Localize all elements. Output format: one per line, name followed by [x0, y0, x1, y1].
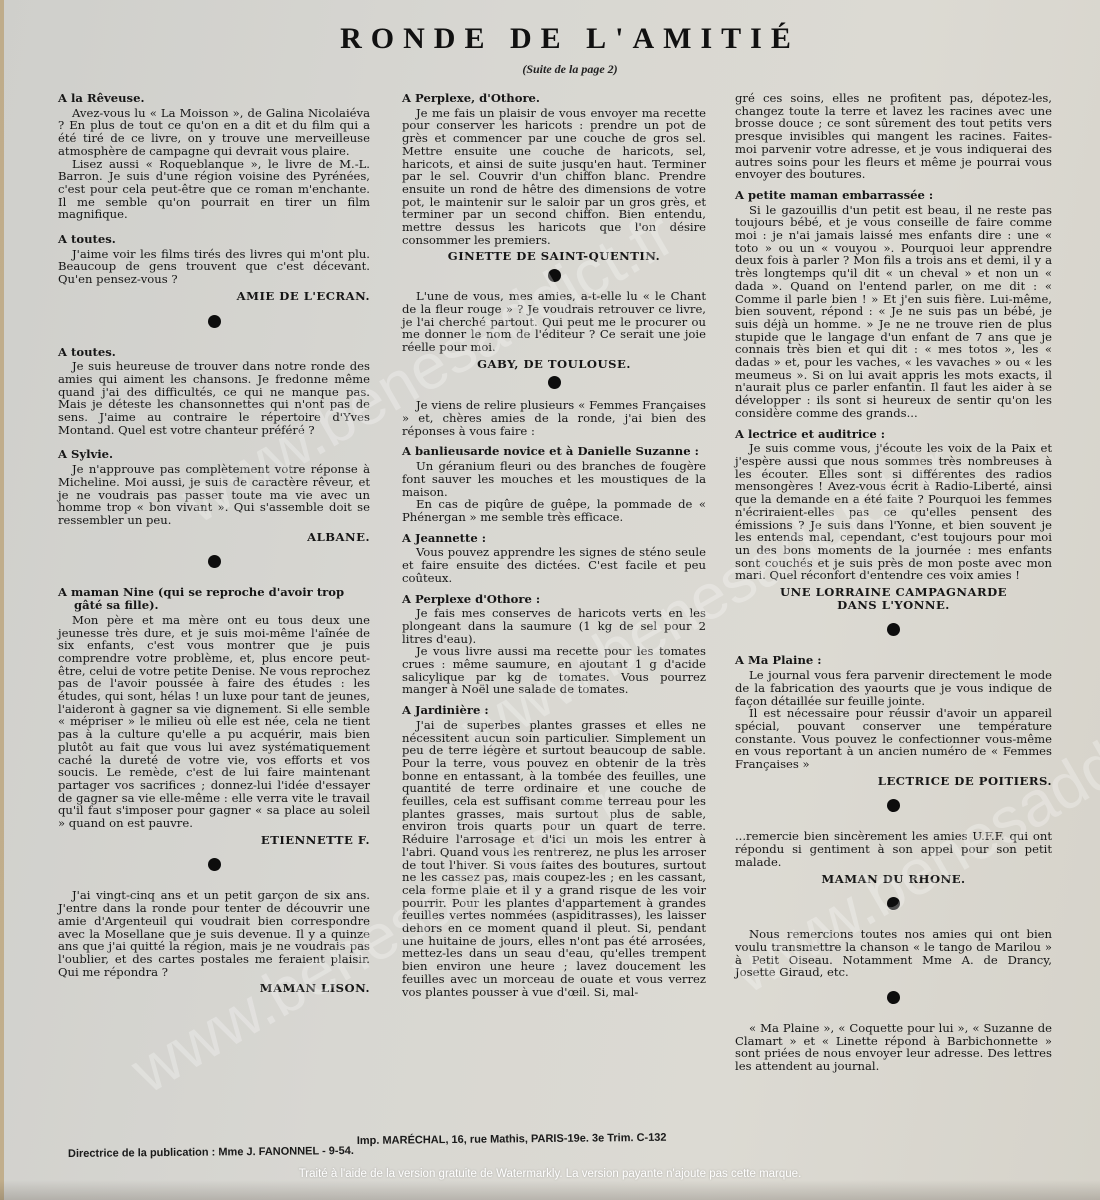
- letter-paragraph: L'une de vous, mes amies, a-t-elle lu « …: [402, 290, 706, 354]
- letter-signature: MAMAN LISON.: [58, 982, 370, 995]
- separator-dot: [887, 991, 900, 1004]
- page-subtitle: (Suite de la page 2): [0, 62, 1100, 77]
- letter-paragraph: Je viens de relire plusieurs « Femmes Fr…: [402, 399, 706, 437]
- letter-paragraph: Je suis heureuse de trouver dans notre r…: [58, 360, 370, 436]
- column-left: A la Rêveuse. Avez-vous lu « La Moisson …: [58, 92, 370, 999]
- letter-heading: A Jeannette :: [402, 532, 706, 545]
- letter-paragraph: Il est nécessaire pour réussir d'avoir u…: [735, 707, 1052, 771]
- separator-dot: [208, 315, 221, 328]
- letter-a-sylvie: A Sylvie. Je n'approuve pas complètement…: [58, 448, 370, 543]
- letter-reponses-multiples: Je viens de relire plusieurs « Femmes Fr…: [402, 399, 706, 998]
- letter-paragraph: Un géranium fleuri ou des branches de fo…: [402, 460, 706, 498]
- column-right: gré ces soins, elles ne profitent pas, d…: [735, 92, 1052, 1073]
- letter-a-ma-plaine: A Ma Plaine : Le journal vous fera parve…: [735, 654, 1052, 787]
- letter-a-perplexe-othore: A Perplexe, d'Othore. Je me fais un plai…: [402, 92, 706, 263]
- separator-dot: [887, 623, 900, 636]
- letter-signature: ALBANE.: [58, 531, 370, 544]
- note-remerciements: Nous remercions toutes nos amies qui ont…: [735, 928, 1052, 979]
- letter-paragraph: Avez-vous lu « La Moisson », de Galina N…: [58, 107, 370, 158]
- letter-paragraph: Lisez aussi « Roqueblanque », le livre d…: [58, 158, 370, 222]
- page-shadow: [0, 1180, 1100, 1200]
- letter-heading: A Jardinière :: [402, 704, 706, 717]
- letter-signature: MAMAN DU RHONE.: [735, 873, 1052, 886]
- letter-signature: GINETTE DE SAINT-QUENTIN.: [402, 250, 706, 263]
- letter-paragraph: J'aime voir les films tirés des livres q…: [58, 248, 370, 286]
- letter-paragraph: gré ces soins, elles ne profitent pas, d…: [735, 92, 1052, 181]
- letter-paragraph: Si le gazouillis d'un petit est beau, il…: [735, 204, 1052, 420]
- letter-paragraph: J'ai de superbes plantes grasses et elle…: [402, 719, 706, 998]
- letter-a-toutes-chansons: A toutes. Je suis heureuse de trouver da…: [58, 346, 370, 437]
- page-edge: [0, 0, 4, 1200]
- imprint-director: Directrice de la publication : Mme J. FA…: [68, 1145, 354, 1160]
- letter-paragraph: Je suis comme vous, j'écoute les voix de…: [735, 442, 1052, 582]
- letter-paragraph: Je fais mes conserves de haricots verts …: [402, 607, 706, 645]
- note-adresses: « Ma Plaine », « Coquette pour lui », « …: [735, 1022, 1052, 1073]
- letter-signature: AMIE DE L'ECRAN.: [58, 290, 370, 303]
- letter-paragraph: Le journal vous fera parvenir directemen…: [735, 669, 1052, 707]
- separator-dot: [208, 555, 221, 568]
- column-middle: A Perplexe, d'Othore. Je me fais un plai…: [402, 92, 706, 998]
- letter-signature: LECTRICE DE POITIERS.: [735, 775, 1052, 788]
- letter-paragraph: En cas de piqûre de guêpe, la pommade de…: [402, 498, 706, 523]
- imprint-footer: Directrice de la publication : Mme J. FA…: [68, 1142, 667, 1160]
- separator-dot: [887, 799, 900, 812]
- letter-heading: A Ma Plaine :: [735, 654, 1052, 667]
- letter-heading: A Perplexe d'Othore :: [402, 593, 706, 606]
- letter-signature: ETIENNETTE F.: [58, 834, 370, 847]
- letter-paragraph: J'ai vingt-cinq ans et un petit garçon d…: [58, 889, 370, 978]
- letter-maman-du-rhone: ...remercie bien sincèrement les amies U…: [735, 830, 1052, 885]
- watermark-notice: Traité à l'aide de la version gratuite d…: [0, 1168, 1100, 1180]
- letter-signature: DANS L'YONNE.: [735, 599, 1052, 612]
- letter-paragraph: Je vous livre aussi ma recette pour les …: [402, 645, 706, 696]
- separator-dot: [548, 376, 561, 389]
- letter-paragraph: Vous pouvez apprendre les signes de stén…: [402, 546, 706, 584]
- letter-gaby-toulouse: L'une de vous, mes amies, a-t-elle lu « …: [402, 290, 706, 370]
- letter-heading: A Sylvie.: [58, 448, 370, 461]
- separator-dot: [887, 897, 900, 910]
- letter-paragraph: Je n'approuve pas complètement votre rép…: [58, 463, 370, 527]
- letter-heading: A toutes.: [58, 346, 370, 359]
- letter-heading: A Perplexe, d'Othore.: [402, 92, 706, 105]
- separator-dot: [548, 269, 561, 282]
- newspaper-page: RONDE DE L'AMITIÉ (Suite de la page 2) A…: [0, 0, 1100, 1200]
- letter-paragraph: Je me fais un plaisir de vous envoyer ma…: [402, 107, 706, 247]
- letter-heading: A petite maman embarrassée :: [735, 189, 1052, 202]
- page-title: RONDE DE L'AMITIÉ: [0, 22, 1100, 56]
- letter-heading: A la Rêveuse.: [58, 92, 370, 105]
- letter-heading: A lectrice et auditrice :: [735, 428, 1052, 441]
- letter-heading: A maman Nine (qui se reproche d'avoir tr…: [58, 586, 370, 611]
- letter-a-maman-nine: A maman Nine (qui se reproche d'avoir tr…: [58, 586, 370, 846]
- letter-paragraph: « Ma Plaine », « Coquette pour lui », « …: [735, 1022, 1052, 1073]
- letter-a-toutes-films: A toutes. J'aime voir les films tirés de…: [58, 233, 370, 303]
- letter-heading: A banlieusarde novice et à Danielle Suza…: [402, 445, 706, 458]
- letter-signature: UNE LORRAINE CAMPAGNARDE: [735, 586, 1052, 599]
- letter-paragraph: Nous remercions toutes nos amies qui ont…: [735, 928, 1052, 979]
- imprint-printer: Imp. MARÉCHAL, 16, rue Mathis, PARIS-19e…: [357, 1132, 667, 1147]
- letter-signature: GABY, DE TOULOUSE.: [402, 358, 706, 371]
- letter-paragraph: ...remercie bien sincèrement les amies U…: [735, 830, 1052, 868]
- letter-continuation: gré ces soins, elles ne profitent pas, d…: [735, 92, 1052, 611]
- letter-paragraph: Mon père et ma mère ont eu tous deux une…: [58, 614, 370, 830]
- letter-a-la-reveuse: A la Rêveuse. Avez-vous lu « La Moisson …: [58, 92, 370, 221]
- separator-dot: [208, 858, 221, 871]
- letter-maman-lison: J'ai vingt-cinq ans et un petit garçon d…: [58, 889, 370, 995]
- letter-heading: A toutes.: [58, 233, 370, 246]
